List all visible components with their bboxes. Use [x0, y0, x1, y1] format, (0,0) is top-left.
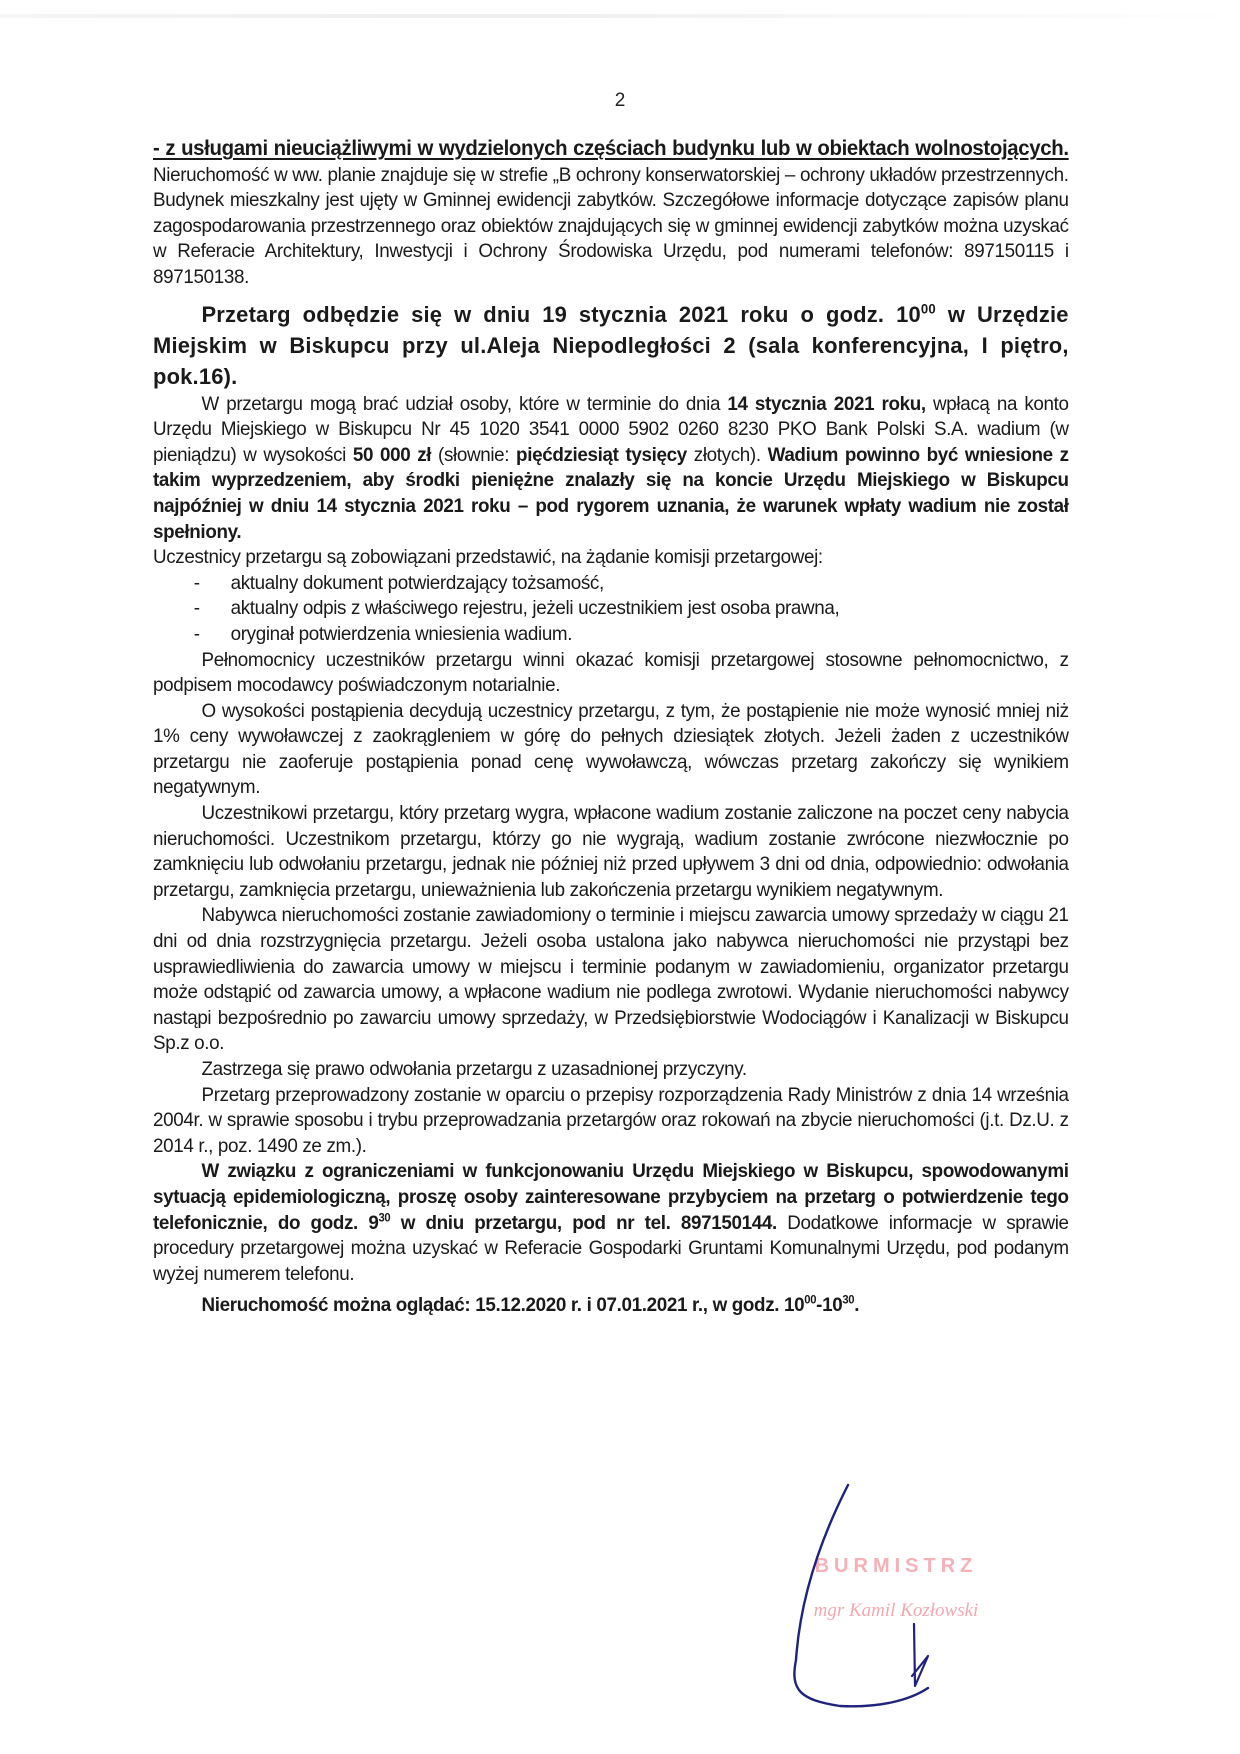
requirement-item: aktualny dokument potwierdzający tożsamo…	[194, 571, 1069, 597]
deposit-text-3: (słownie:	[431, 444, 516, 466]
legal-basis-paragraph: Przetarg przeprowadzony zostanie w oparc…	[153, 1083, 1069, 1160]
covid-notice-paragraph: W związku z ograniczeniami w funkcjonowa…	[153, 1159, 1069, 1287]
viewing-end-superscript: 30	[842, 1294, 854, 1307]
requirement-item: oryginał potwierdzenia wniesienia wadium…	[194, 622, 1069, 648]
zoning-details-text: Nieruchomość w ww. planie znajduje się w…	[153, 164, 1069, 288]
document-body: - z usługami nieuciążliwymi w wydzielony…	[153, 136, 1069, 1319]
scan-edge-artifact	[0, 14, 1240, 18]
zoning-use-underlined: - z usługami nieuciążliwymi w wydzielony…	[153, 137, 1069, 160]
stamp-title: BURMISTRZ	[776, 1555, 1016, 1578]
deposit-return-paragraph: Uczestnikowi przetargu, który przetarg w…	[153, 801, 1069, 903]
requirements-list: aktualny dokument potwierdzający tożsamo…	[153, 571, 1069, 648]
mayor-stamp: BURMISTRZ mgr Kamil Kozłowski	[776, 1555, 1016, 1622]
proxies-paragraph: Pełnomocnicy uczestników przetargu winni…	[153, 648, 1069, 699]
deposit-text-1: W przetargu mogą brać udział osoby, któr…	[202, 393, 728, 415]
intro-paragraph: - z usługami nieuciążliwymi w wydzielony…	[153, 136, 1069, 291]
confirm-deadline-superscript: 30	[378, 1211, 390, 1224]
cancellation-paragraph: Zastrzega się prawo odwołania przetargu …	[153, 1057, 1069, 1083]
buyer-notice-paragraph: Nabywca nieruchomości zostanie zawiadomi…	[153, 903, 1069, 1057]
auction-hour-superscript: 00	[921, 301, 936, 316]
viewing-period: .	[854, 1294, 859, 1316]
covid-phone-bold: w dniu przetargu, pod nr tel. 897150144.	[390, 1212, 777, 1234]
deposit-text-4: złotych).	[687, 444, 768, 466]
requirement-item: aktualny odpis z właściwego rejestru, je…	[194, 596, 1069, 622]
viewing-start-superscript: 00	[804, 1294, 816, 1307]
page-number: 2	[0, 90, 1240, 112]
requirements-intro: Uczestnicy przetargu są zobowiązani prze…	[153, 545, 1069, 571]
deposit-amount-words: pięćdziesiąt tysięcy	[516, 444, 687, 466]
viewing-end-hour: -10	[816, 1294, 842, 1316]
deposit-deadline: 14 stycznia 2021 roku,	[727, 393, 925, 415]
deposit-paragraph: W przetargu mogą brać udział osoby, któr…	[153, 392, 1069, 546]
auction-date-text: Przetarg odbędzie się w dniu 19 stycznia…	[202, 302, 921, 327]
auction-date-announcement: Przetarg odbędzie się w dniu 19 stycznia…	[153, 299, 1069, 392]
viewing-dates-text: Nieruchomość można oglądać: 15.12.2020 r…	[202, 1294, 805, 1316]
viewing-dates-paragraph: Nieruchomość można oglądać: 15.12.2020 r…	[153, 1293, 1069, 1319]
deposit-amount: 50 000 zł	[353, 444, 431, 466]
bid-increment-paragraph: O wysokości postąpienia decydują uczestn…	[153, 699, 1069, 801]
stamp-name: mgr Kamil Kozłowski	[776, 1600, 1016, 1622]
